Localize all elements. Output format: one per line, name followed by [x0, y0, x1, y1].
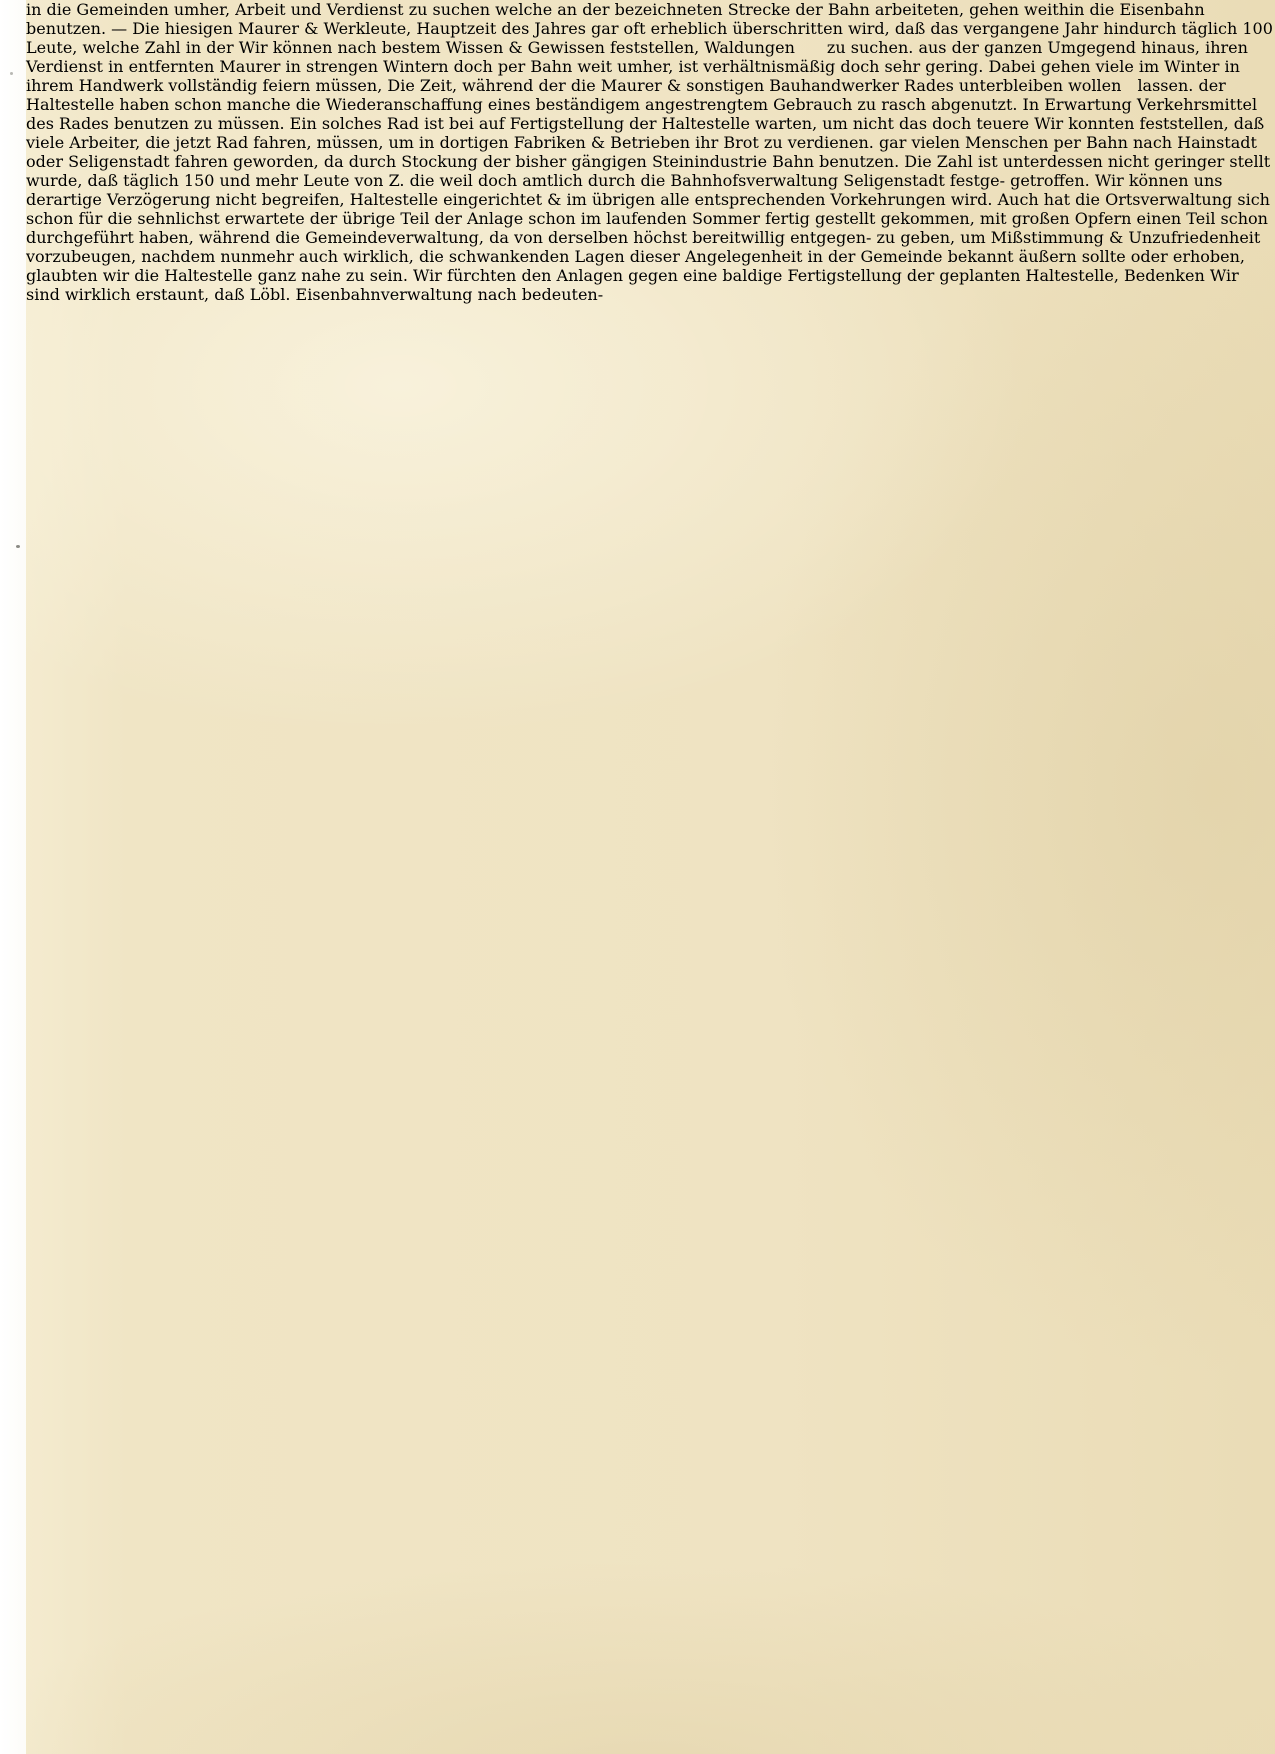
dust-speck [16, 545, 20, 548]
dust-speck [10, 72, 13, 75]
paper-sheet: in die Gemeinden umher, Arbeit und Verdi… [26, 0, 1275, 1754]
bleed-through-writing: in die Gemeinden umher, Arbeit und Verdi… [26, 0, 1275, 304]
scanned-letter-page: in die Gemeinden umher, Arbeit und Verdi… [0, 0, 1275, 1754]
